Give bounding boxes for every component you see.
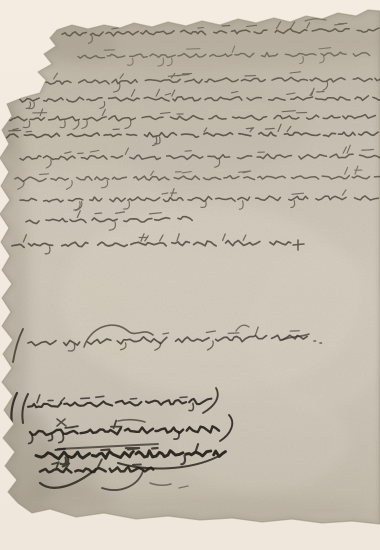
manuscript-scan	[0, 0, 380, 550]
manuscript-photo	[0, 0, 380, 550]
